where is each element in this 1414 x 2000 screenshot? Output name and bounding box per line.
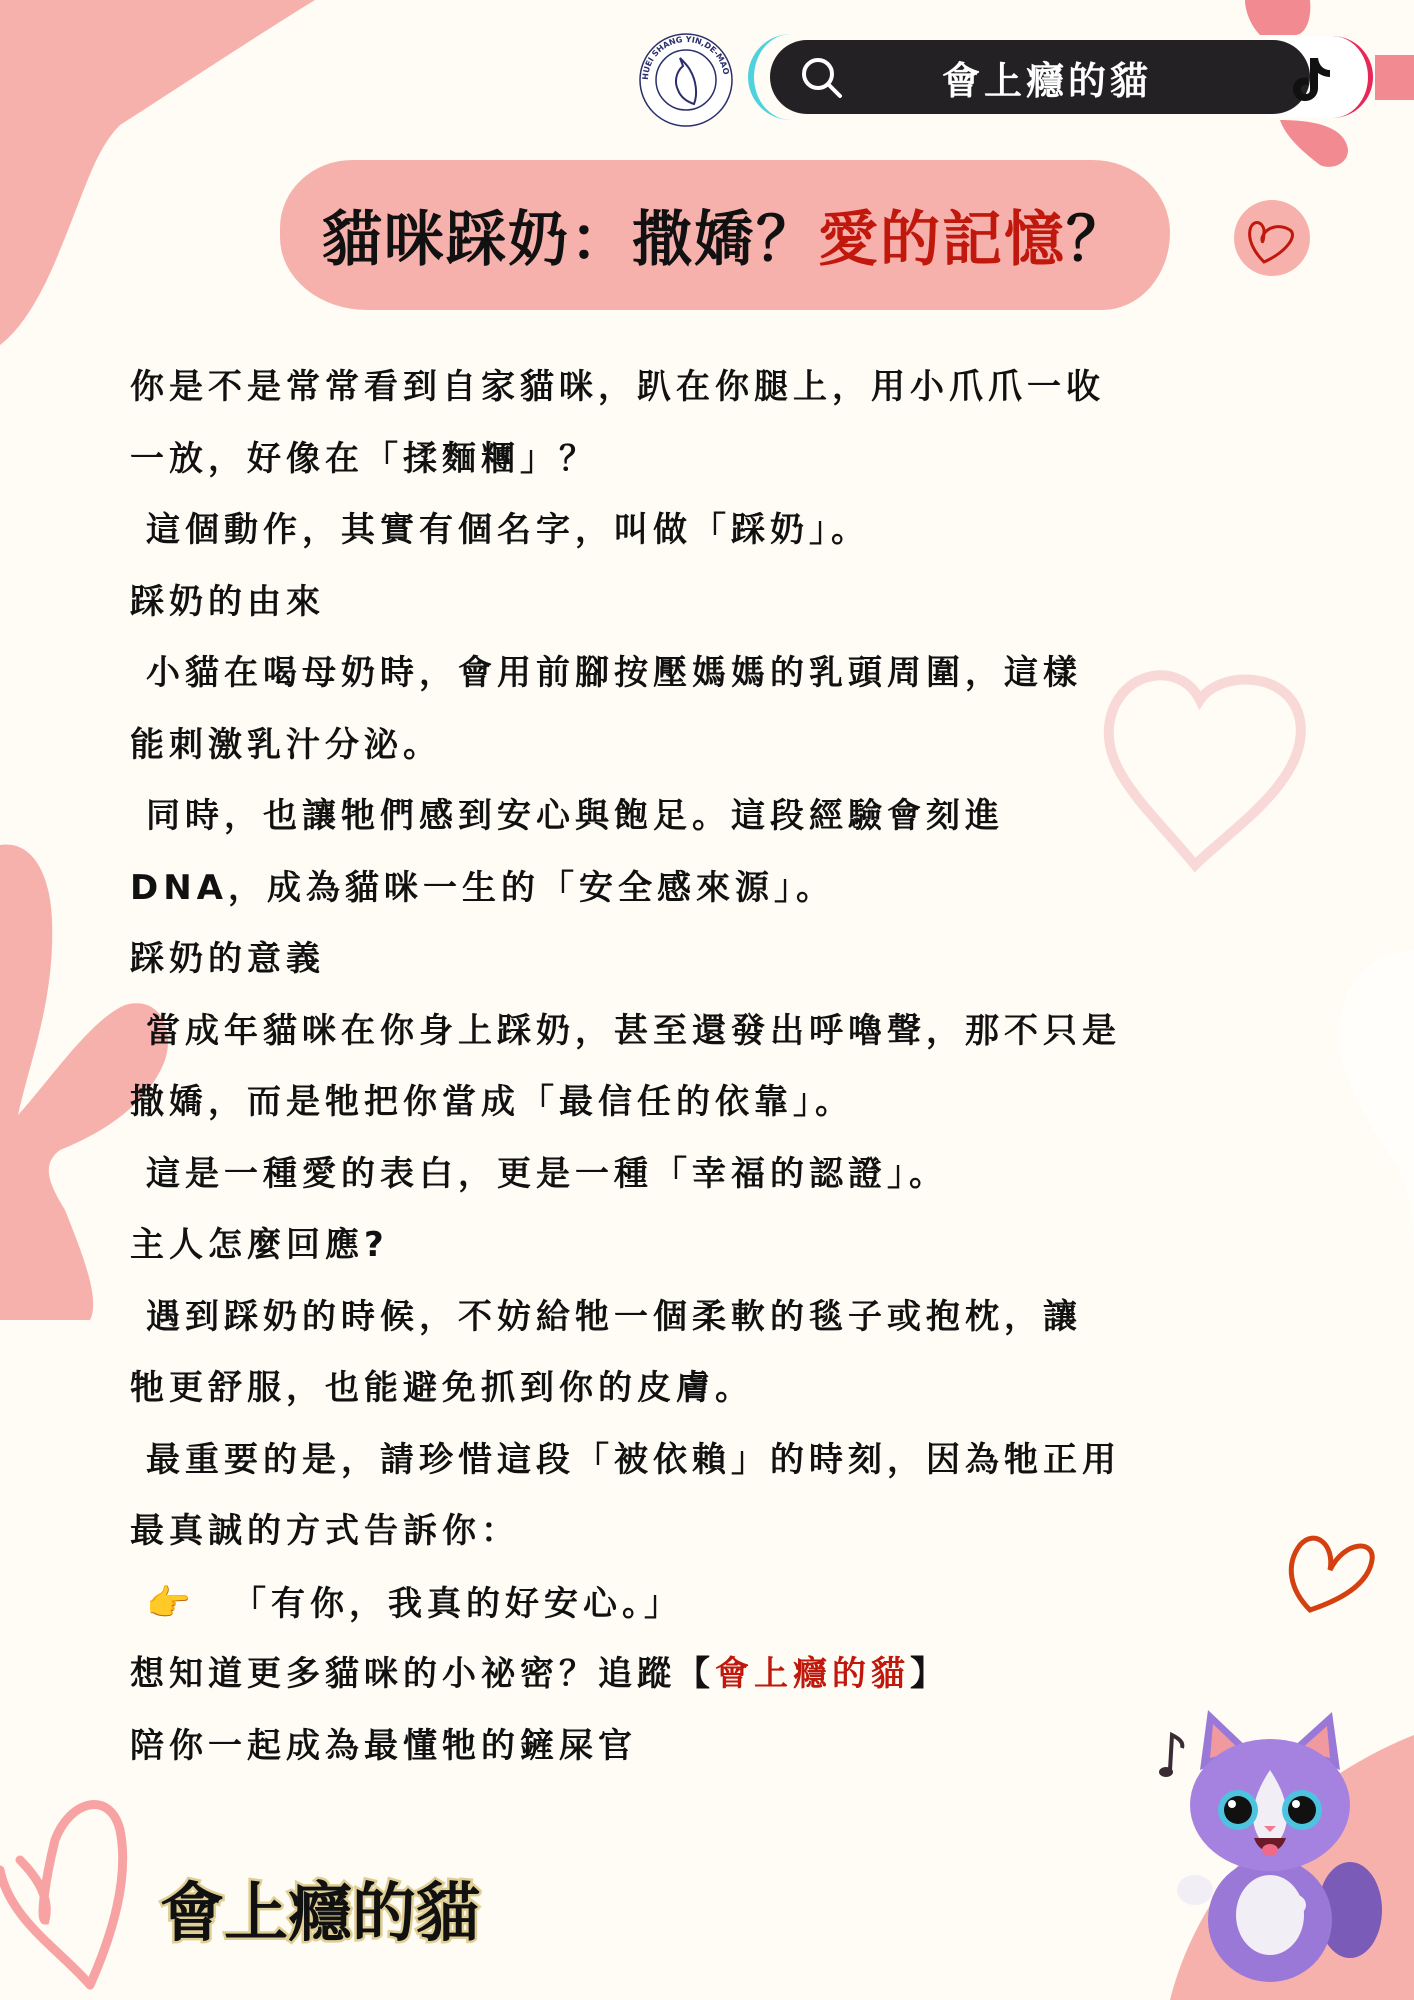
body-line: 最真誠的方式告訴你：	[130, 1496, 1290, 1568]
heart-icon	[1234, 200, 1310, 276]
svg-text:會上癮的貓: 會上癮的貓	[160, 1876, 480, 1951]
closing-line: 陪你一起成為最懂牠的鏟屎官	[130, 1711, 1290, 1783]
body-line: 這個動作，其實有個名字，叫做「踩奶」。	[130, 495, 1290, 567]
calligraphy-logo: 會上癮的貓	[150, 1855, 500, 1965]
brand-emblem: HUEI SHANG YIN,DE-MAO	[636, 30, 736, 130]
section-heading-meaning: 踩奶的意義	[130, 924, 1290, 996]
cat-emblem-icon: HUEI SHANG YIN,DE-MAO	[636, 30, 736, 130]
quote-text: 「有你，我真的好安心。」	[232, 1584, 683, 1624]
cta-suffix: 】	[910, 1654, 949, 1694]
title-question-mark: ？	[1066, 205, 1128, 275]
body-line: 撒嬌，而是牠把你當成「最信任的依靠」。	[130, 1067, 1290, 1139]
cta-line: 想知道更多貓咪的小祕密？追蹤【會上癮的貓】	[130, 1639, 1290, 1711]
body-line: DNA，成為貓咪一生的「安全感來源」。	[130, 853, 1290, 925]
pointing-hand-icon: 👉	[146, 1568, 202, 1640]
body-line: 一放，好像在「揉麵糰」？	[130, 424, 1290, 496]
search-field[interactable]: 會上癮的貓	[770, 40, 1310, 114]
tiktok-icon[interactable]	[1282, 48, 1342, 108]
body-line: 同時，也讓牠們感到安心與飽足。這段經驗會刻進	[130, 781, 1290, 853]
search-query-text: 會上癮的貓	[844, 50, 1250, 105]
signature-logo: 會上癮的貓	[150, 1855, 500, 1965]
body-line: 當成年貓咪在你身上踩奶，甚至還發出呼嚕聲，那不只是	[130, 996, 1290, 1068]
title-heart-badge	[1234, 200, 1310, 276]
article-body: 你是不是常常看到自家貓咪，趴在你腿上，用小爪爪一收 一放，好像在「揉麵糰」？ 這…	[130, 352, 1290, 1782]
quote-line: 👉「有你，我真的好安心。」	[130, 1568, 1290, 1640]
title-highlight: 愛的記憶	[818, 205, 1066, 275]
body-line: 你是不是常常看到自家貓咪，趴在你腿上，用小爪爪一收	[130, 352, 1290, 424]
body-line: 牠更舒服，也能避免抓到你的皮膚。	[130, 1353, 1290, 1425]
search-icon[interactable]	[798, 54, 844, 100]
cta-prefix: 想知道更多貓咪的小祕密？追蹤【	[130, 1654, 715, 1694]
search-bar[interactable]: 會上癮的貓	[748, 34, 1378, 122]
section-heading-origin: 踩奶的由來	[130, 567, 1290, 639]
body-line: 最重要的是，請珍惜這段「被依賴」的時刻，因為牠正用	[130, 1425, 1290, 1497]
body-line: 小貓在喝母奶時，會用前腳按壓媽媽的乳頭周圍，這樣	[130, 638, 1290, 710]
page-title: 貓咪踩奶：撒嬌？愛的記憶？	[322, 192, 1128, 278]
cta-brand-link[interactable]: 會上癮的貓	[715, 1654, 910, 1694]
body-line: 能刺激乳汁分泌。	[130, 710, 1290, 782]
section-heading-response: 主人怎麼回應?	[130, 1210, 1290, 1282]
title-main: 貓咪踩奶：撒嬌？	[322, 205, 818, 275]
title-banner: 貓咪踩奶：撒嬌？愛的記憶？	[280, 160, 1170, 310]
body-line: 遇到踩奶的時候，不妨給牠一個柔軟的毯子或抱枕，讓	[130, 1282, 1290, 1354]
body-line: 這是一種愛的表白，更是一種「幸福的認證」。	[130, 1139, 1290, 1211]
